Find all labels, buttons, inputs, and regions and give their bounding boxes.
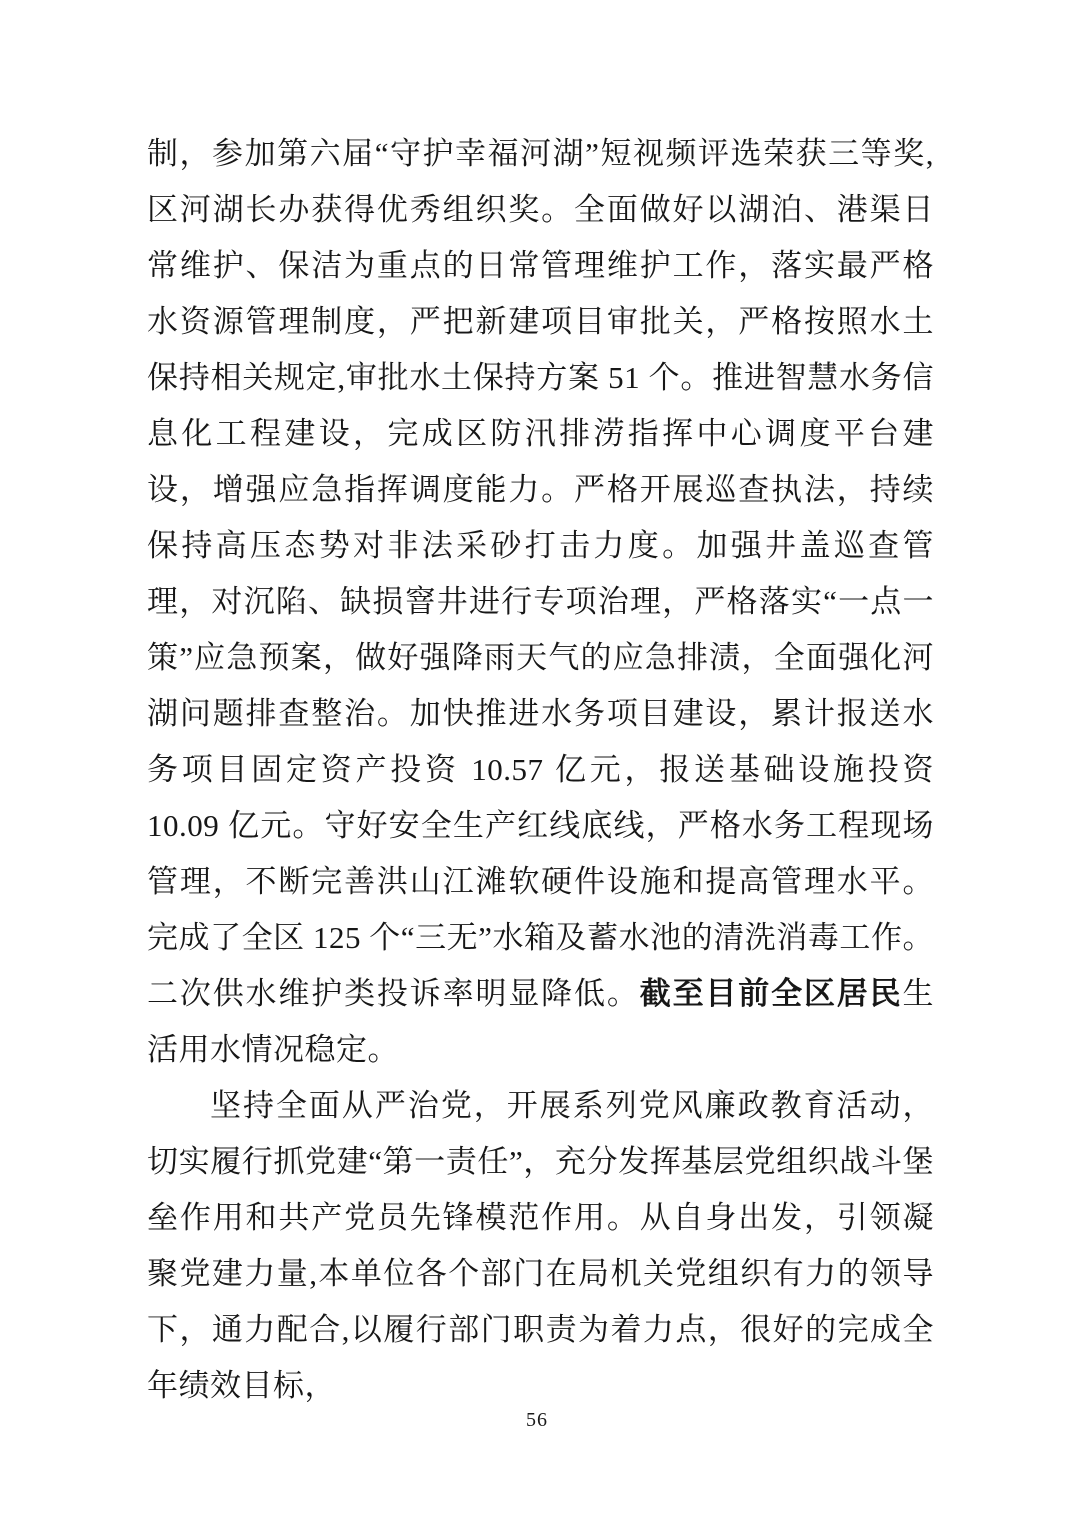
paragraph-1: 制，参加第六届“守护幸福河湖”短视频评选荣获三等奖,区河湖长办获得优秀组织奖。全… <box>147 126 934 1078</box>
page-number: 56 <box>0 1409 1074 1432</box>
document-page: 制，参加第六届“守护幸福河湖”短视频评选荣获三等奖,区河湖长办获得优秀组织奖。全… <box>0 0 1074 1520</box>
paragraph-1-emphasis-text: 截至目前全区居民 <box>640 976 903 1011</box>
document-body: 制，参加第六届“守护幸福河湖”短视频评选荣获三等奖,区河湖长办获得优秀组织奖。全… <box>147 126 934 1414</box>
paragraph-2: 坚持全面从严治党，开展系列党风廉政教育活动，切实履行抓党建“第一责任”，充分发挥… <box>147 1078 934 1414</box>
paragraph-1-regular-text: 制，参加第六届“守护幸福河湖”短视频评选荣获三等奖,区河湖长办获得优秀组织奖。全… <box>147 136 934 1011</box>
